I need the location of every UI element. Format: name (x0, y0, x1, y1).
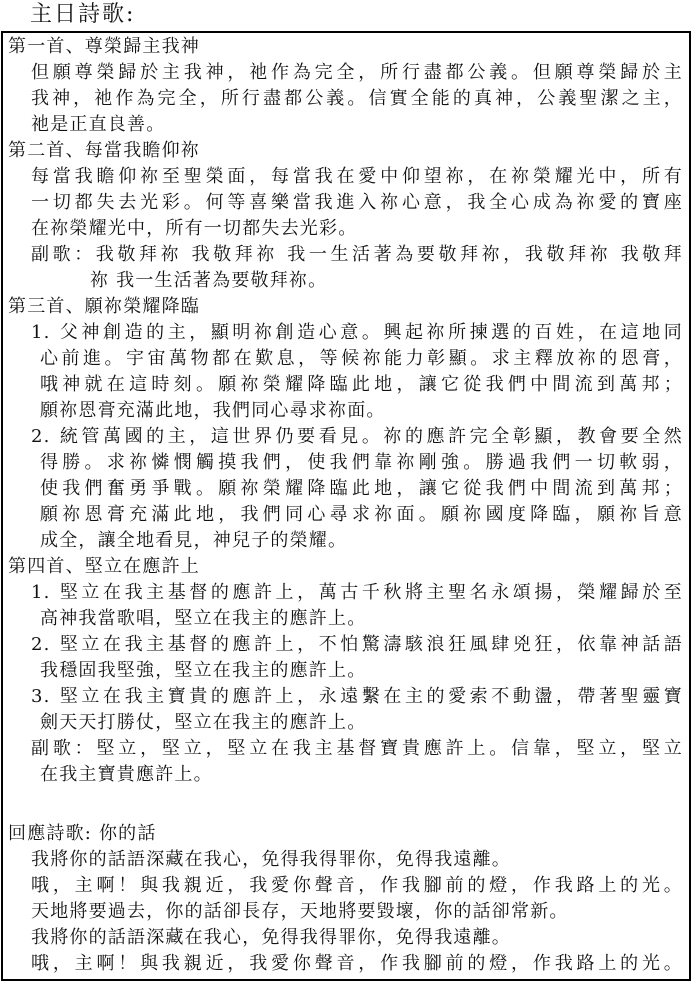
lyric-line: 副歌：我敬拜祢 我敬拜祢 我一生活著為要敬拜祢，我敬拜祢 我敬拜 (6, 242, 683, 268)
section-header: 第四首、堅立在應許上 (6, 554, 683, 580)
lyric-line: 心前進。宇宙萬物都在歎息，等候祢能力彰顯。求主釋放祢的恩膏， (6, 346, 683, 372)
hymn-box: 第一首、尊榮歸主我神但願尊榮歸於主我神，祂作為完全，所行盡都公義。但願尊榮歸於主… (1, 31, 691, 981)
lyric-line: 一切都失去光彩。何等喜樂當我進入祢心意，我全心成為祢愛的寶座 (6, 190, 683, 216)
hymn-section: 第二首、每當我瞻仰祢每當我瞻仰祢至聖榮面，每當我在愛中仰望祢，在祢榮耀光中，所有… (6, 138, 683, 294)
lyric-line: 哦神就在這時刻。願祢榮耀降臨此地，讓它從我們中間流到萬邦； (6, 372, 683, 398)
lyric-line: 使我們奮勇爭戰。願祢榮耀降臨此地，讓它從我們中間流到萬邦； (6, 476, 683, 502)
lyric-line: 2. 統管萬國的主，這世界仍要看見。祢的應許完全彰顯，教會要全然 (6, 424, 683, 450)
hymn-sheet-page: 主日詩歌: 第一首、尊榮歸主我神但願尊榮歸於主我神，祂作為完全，所行盡都公義。但… (0, 0, 699, 988)
lyric-line: 願祢恩膏充滿此地，我們同心尋求祢面。願祢國度降臨，願祢旨意 (6, 502, 683, 528)
hymn-section: 第四首、堅立在應許上1. 堅立在我主基督的應許上，萬古千秋將主聖名永頌揚，榮耀歸… (6, 554, 683, 788)
hymn-section: 第三首、願祢榮耀降臨1. 父神創造的主，顯明祢創造心意。興起祢所揀選的百姓，在這… (6, 294, 683, 554)
lyric-line: 高神我當歌唱，堅立在我主的應許上。 (6, 606, 683, 632)
lyric-line: 成全，讓全地看見，神兒子的榮耀。 (6, 528, 683, 554)
lyric-line: 祂是正直良善。 (6, 112, 683, 138)
hymn-section: 回應詩歌: 你的話我將你的話語深藏在我心，免得我得罪你，免得我遠離。哦，主啊！與… (6, 821, 683, 977)
lyric-line: 2. 堅立在我主基督的應許上，不怕驚濤駭浪狂風肆兇狂，依靠神話語 (6, 632, 683, 658)
section-header: 第一首、尊榮歸主我神 (6, 34, 683, 60)
lyric-line: 天地將要過去，你的話卻長存，天地將要毀壞，你的話卻常新。 (6, 899, 683, 925)
lyric-line: 我穩固我堅強，堅立在我主的應許上。 (6, 658, 683, 684)
section-header: 回應詩歌: 你的話 (6, 821, 683, 847)
hymn-section: 第一首、尊榮歸主我神但願尊榮歸於主我神，祂作為完全，所行盡都公義。但願尊榮歸於主… (6, 34, 683, 138)
page-title: 主日詩歌: (30, 1, 135, 29)
lyric-line: 我將你的話語深藏在我心，免得我得罪你，免得我遠離。 (6, 925, 683, 951)
section-gap (6, 788, 683, 821)
lyric-line: 我神，祂作為完全，所行盡都公義。信實全能的真神，公義聖潔之主， (6, 86, 683, 112)
lyric-line: 願祢恩膏充滿此地，我們同心尋求祢面。 (6, 398, 683, 424)
lyric-line: 劍天天打勝仗，堅立在我主的應許上。 (6, 710, 683, 736)
lyric-line: 1. 父神創造的主，顯明祢創造心意。興起祢所揀選的百姓，在這地同 (6, 320, 683, 346)
lyric-line: 副歌：堅立，堅立，堅立在我主基督寶貴應許上。信靠，堅立，堅立 (6, 736, 683, 762)
lyric-line: 但願尊榮歸於主我神，祂作為完全，所行盡都公義。但願尊榮歸於主 (6, 60, 683, 86)
section-header: 第三首、願祢榮耀降臨 (6, 294, 683, 320)
lyric-line: 在祢榮耀光中，所有一切都失去光彩。 (6, 216, 683, 242)
lyric-line: 祢 我一生活著為要敬拜祢。 (6, 268, 683, 294)
lyric-line: 我將你的話語深藏在我心，免得我得罪你，免得我遠離。 (6, 847, 683, 873)
section-header: 第二首、每當我瞻仰祢 (6, 138, 683, 164)
lyric-line: 3. 堅立在我主寶貴的應許上，永遠繫在主的愛索不動盪，帶著聖靈寶 (6, 684, 683, 710)
lyric-line: 得勝。求祢憐憫觸摸我們，使我們靠祢剛強。勝過我們一切軟弱， (6, 450, 683, 476)
lyric-line: 哦，主啊！與我親近，我愛你聲音，作我腳前的燈，作我路上的光。 (6, 951, 683, 977)
lyric-line: 在我主寶貴應許上。 (6, 762, 683, 788)
lyric-line: 哦，主啊！與我親近，我愛你聲音，作我腳前的燈，作我路上的光。 (6, 873, 683, 899)
lyric-line: 1. 堅立在我主基督的應許上，萬古千秋將主聖名永頌揚，榮耀歸於至 (6, 580, 683, 606)
lyric-line: 每當我瞻仰祢至聖榮面，每當我在愛中仰望祢，在祢榮耀光中，所有 (6, 164, 683, 190)
